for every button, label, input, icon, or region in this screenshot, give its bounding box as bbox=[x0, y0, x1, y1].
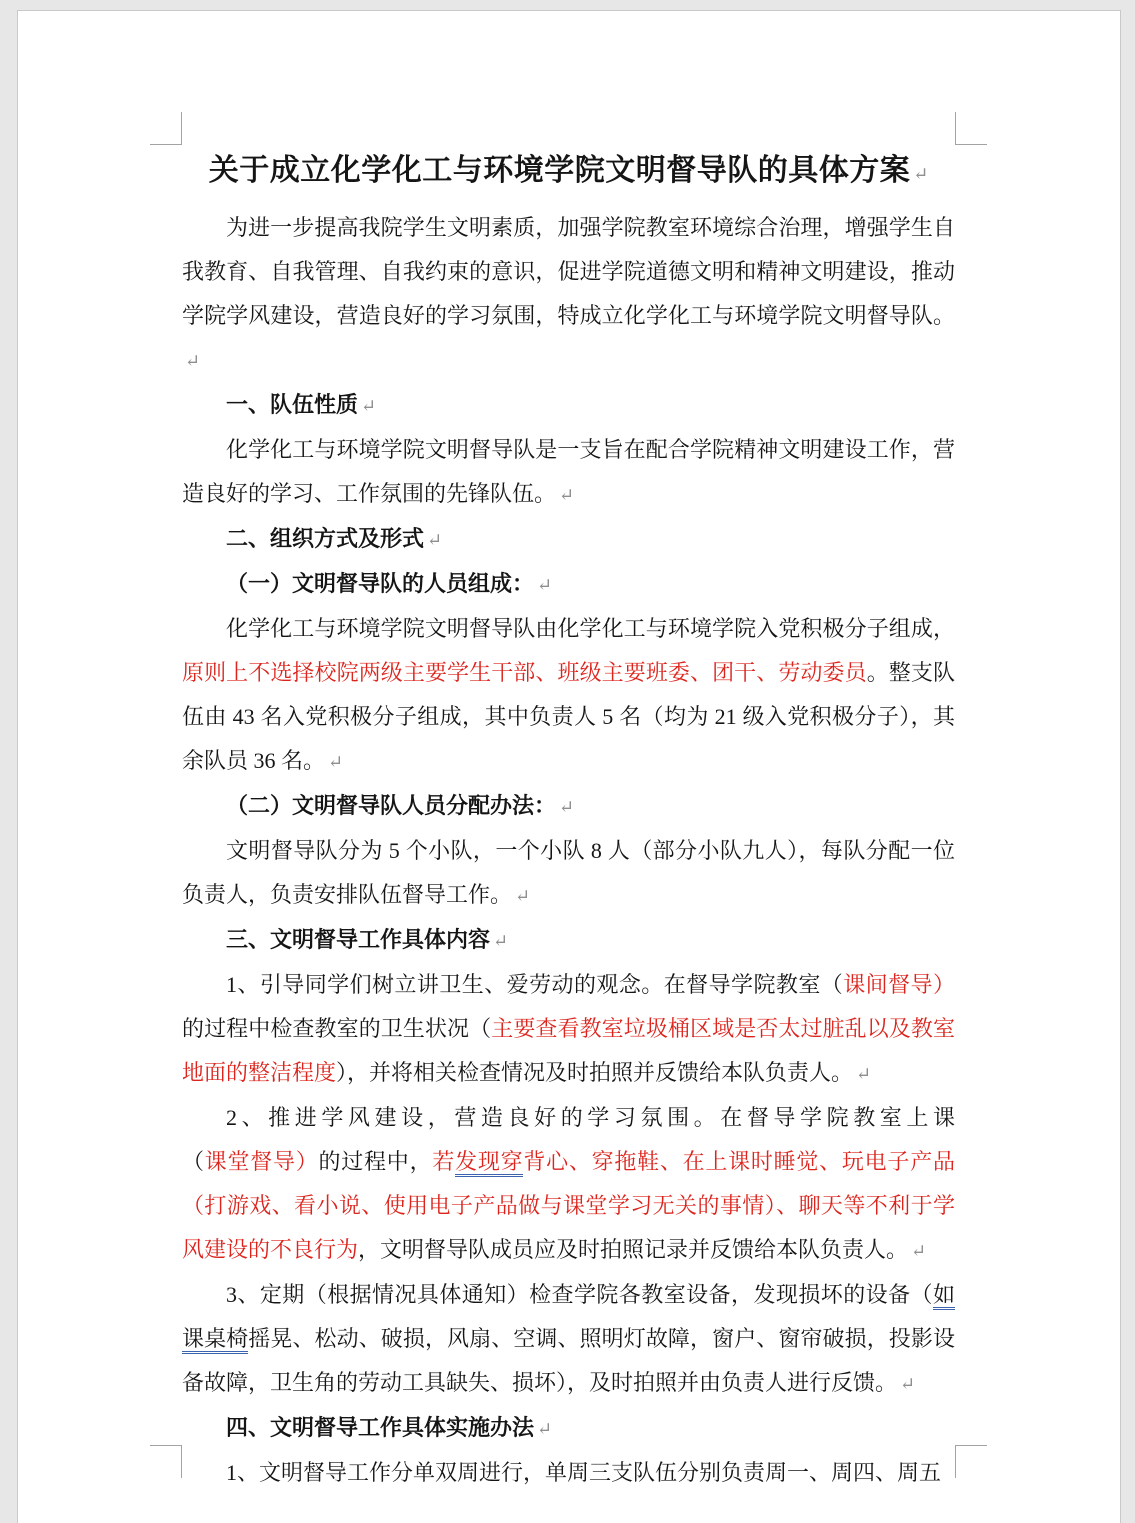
paragraph-mark-icon: ↵ bbox=[913, 164, 928, 184]
paragraph-work-item-1: 1、引导同学们树立讲卫生、爱劳动的观念。在督导学院教室（课间督导）的过程中检查教… bbox=[182, 963, 955, 1096]
paragraph-mark-icon: ↵ bbox=[427, 530, 442, 550]
subheading-personnel-composition: （一）文明督导队的人员组成：↵ bbox=[182, 562, 955, 607]
paragraph-mark-icon: ↵ bbox=[185, 351, 200, 371]
paragraph-mark-icon: ↵ bbox=[328, 752, 343, 772]
heading-text: （二）文明督导队人员分配办法： bbox=[226, 793, 556, 818]
heading-text: 一、队伍性质 bbox=[226, 392, 358, 417]
heading-text: 四、文明督导工作具体实施办法 bbox=[226, 1415, 534, 1440]
body-text: 为进一步提高我院学生文明素质，加强学院教室环境综合治理，增强学生自我教育、自我管… bbox=[182, 215, 955, 328]
margin-crop-mark-top-right bbox=[955, 112, 987, 145]
body-text: ），并将相关检查情况及时拍照并反馈给本队负责人。 bbox=[336, 1060, 853, 1085]
document-title: 关于成立化学化工与环境学院文明督导队的具体方案↵ bbox=[182, 145, 955, 200]
heading-text: （一）文明督导队的人员组成： bbox=[226, 571, 534, 596]
document-text-area[interactable]: 关于成立化学化工与环境学院文明督导队的具体方案↵ 为进一步提高我院学生文明素质，… bbox=[182, 145, 955, 1495]
paragraph-mark-icon: ↵ bbox=[537, 575, 552, 595]
body-text: 的过程中检查教室的卫生状况（ bbox=[182, 1016, 491, 1041]
paragraph-mark-icon: ↵ bbox=[900, 1374, 915, 1394]
body-text: 1、引导同学们树立讲卫生、爱劳动的观念。在督导学院教室（ bbox=[226, 972, 843, 997]
proofing-underlined-text: 发现穿 bbox=[455, 1149, 523, 1177]
body-text: ，文明督导队成员应及时拍照记录并反馈给本队负责人。 bbox=[358, 1237, 908, 1262]
paragraph-team-nature: 化学化工与环境学院文明督导队是一支旨在配合学院精神文明建设工作，营造良好的学习、… bbox=[182, 428, 955, 517]
intro-paragraph: 为进一步提高我院学生文明素质，加强学院教室环境综合治理，增强学生自我教育、自我管… bbox=[182, 206, 955, 383]
heading-team-nature: 一、队伍性质↵ bbox=[182, 383, 955, 428]
heading-text: 二、组织方式及形式 bbox=[226, 526, 424, 551]
heading-implementation: 四、文明督导工作具体实施办法↵ bbox=[182, 1406, 955, 1451]
paragraph-work-item-2: 2、推进学风建设，营造良好的学习氛围。在督导学院教室上课（课堂督导）的过程中，若… bbox=[182, 1096, 955, 1273]
body-text: 1、文明督导工作分单双周进行，单周三支队伍分别负责周一、周四、周五 bbox=[226, 1460, 941, 1485]
emphasized-red-text: 课堂督导） bbox=[205, 1149, 319, 1174]
emphasized-red-text: 若 bbox=[432, 1149, 455, 1174]
heading-text: 三、文明督导工作具体内容 bbox=[226, 927, 490, 952]
body-text: 摇晃、松动、破损，风扇、空调、照明灯故障，窗户、窗帘破损，投影设备故障，卫生角的… bbox=[182, 1326, 955, 1395]
heading-work-content: 三、文明督导工作具体内容↵ bbox=[182, 918, 955, 963]
body-text: 化学化工与环境学院文明督导队由化学化工与环境学院入党积极分子组成， bbox=[226, 616, 955, 641]
emphasized-red-text: 课间督导） bbox=[843, 972, 955, 997]
paragraph-personnel-allocation: 文明督导队分为 5 个小队，一个小队 8 人（部分小队九人），每队分配一位负责人… bbox=[182, 829, 955, 918]
paragraph-mark-icon: ↵ bbox=[559, 485, 574, 505]
body-text: 3、定期（根据情况具体通知）检查学院各教室设备，发现损坏的设备（ bbox=[226, 1282, 933, 1307]
paragraph-implementation-item-1: 1、文明督导工作分单双周进行，单周三支队伍分别负责周一、周四、周五 bbox=[182, 1451, 955, 1495]
paragraph-work-item-3: 3、定期（根据情况具体通知）检查学院各教室设备，发现损坏的设备（如课桌椅摇晃、松… bbox=[182, 1273, 955, 1406]
subheading-personnel-allocation: （二）文明督导队人员分配办法：↵ bbox=[182, 784, 955, 829]
margin-crop-mark-top-left bbox=[150, 112, 182, 145]
paragraph-mark-icon: ↵ bbox=[537, 1419, 552, 1439]
paragraph-mark-icon: ↵ bbox=[856, 1064, 871, 1084]
document-title-text: 关于成立化学化工与环境学院文明督导队的具体方案 bbox=[209, 154, 911, 187]
body-text: 文明督导队分为 5 个小队，一个小队 8 人（部分小队九人），每队分配一位负责人… bbox=[182, 838, 955, 907]
paragraph-personnel-composition: 化学化工与环境学院文明督导队由化学化工与环境学院入党积极分子组成，原则上不选择校… bbox=[182, 607, 955, 784]
emphasized-red-text: 原则上不选择校院两级主要学生干部、班级主要班委、团干、劳动委员 bbox=[182, 660, 867, 685]
body-text: 的过程中， bbox=[319, 1149, 433, 1174]
paragraph-mark-icon: ↵ bbox=[515, 886, 530, 906]
paragraph-mark-icon: ↵ bbox=[911, 1241, 926, 1261]
paragraph-mark-icon: ↵ bbox=[559, 797, 574, 817]
margin-crop-mark-bottom-left bbox=[150, 1445, 182, 1478]
heading-organization: 二、组织方式及形式↵ bbox=[182, 517, 955, 562]
paragraph-mark-icon: ↵ bbox=[493, 931, 508, 951]
margin-crop-mark-bottom-right bbox=[955, 1445, 987, 1478]
paragraph-mark-icon: ↵ bbox=[361, 396, 376, 416]
